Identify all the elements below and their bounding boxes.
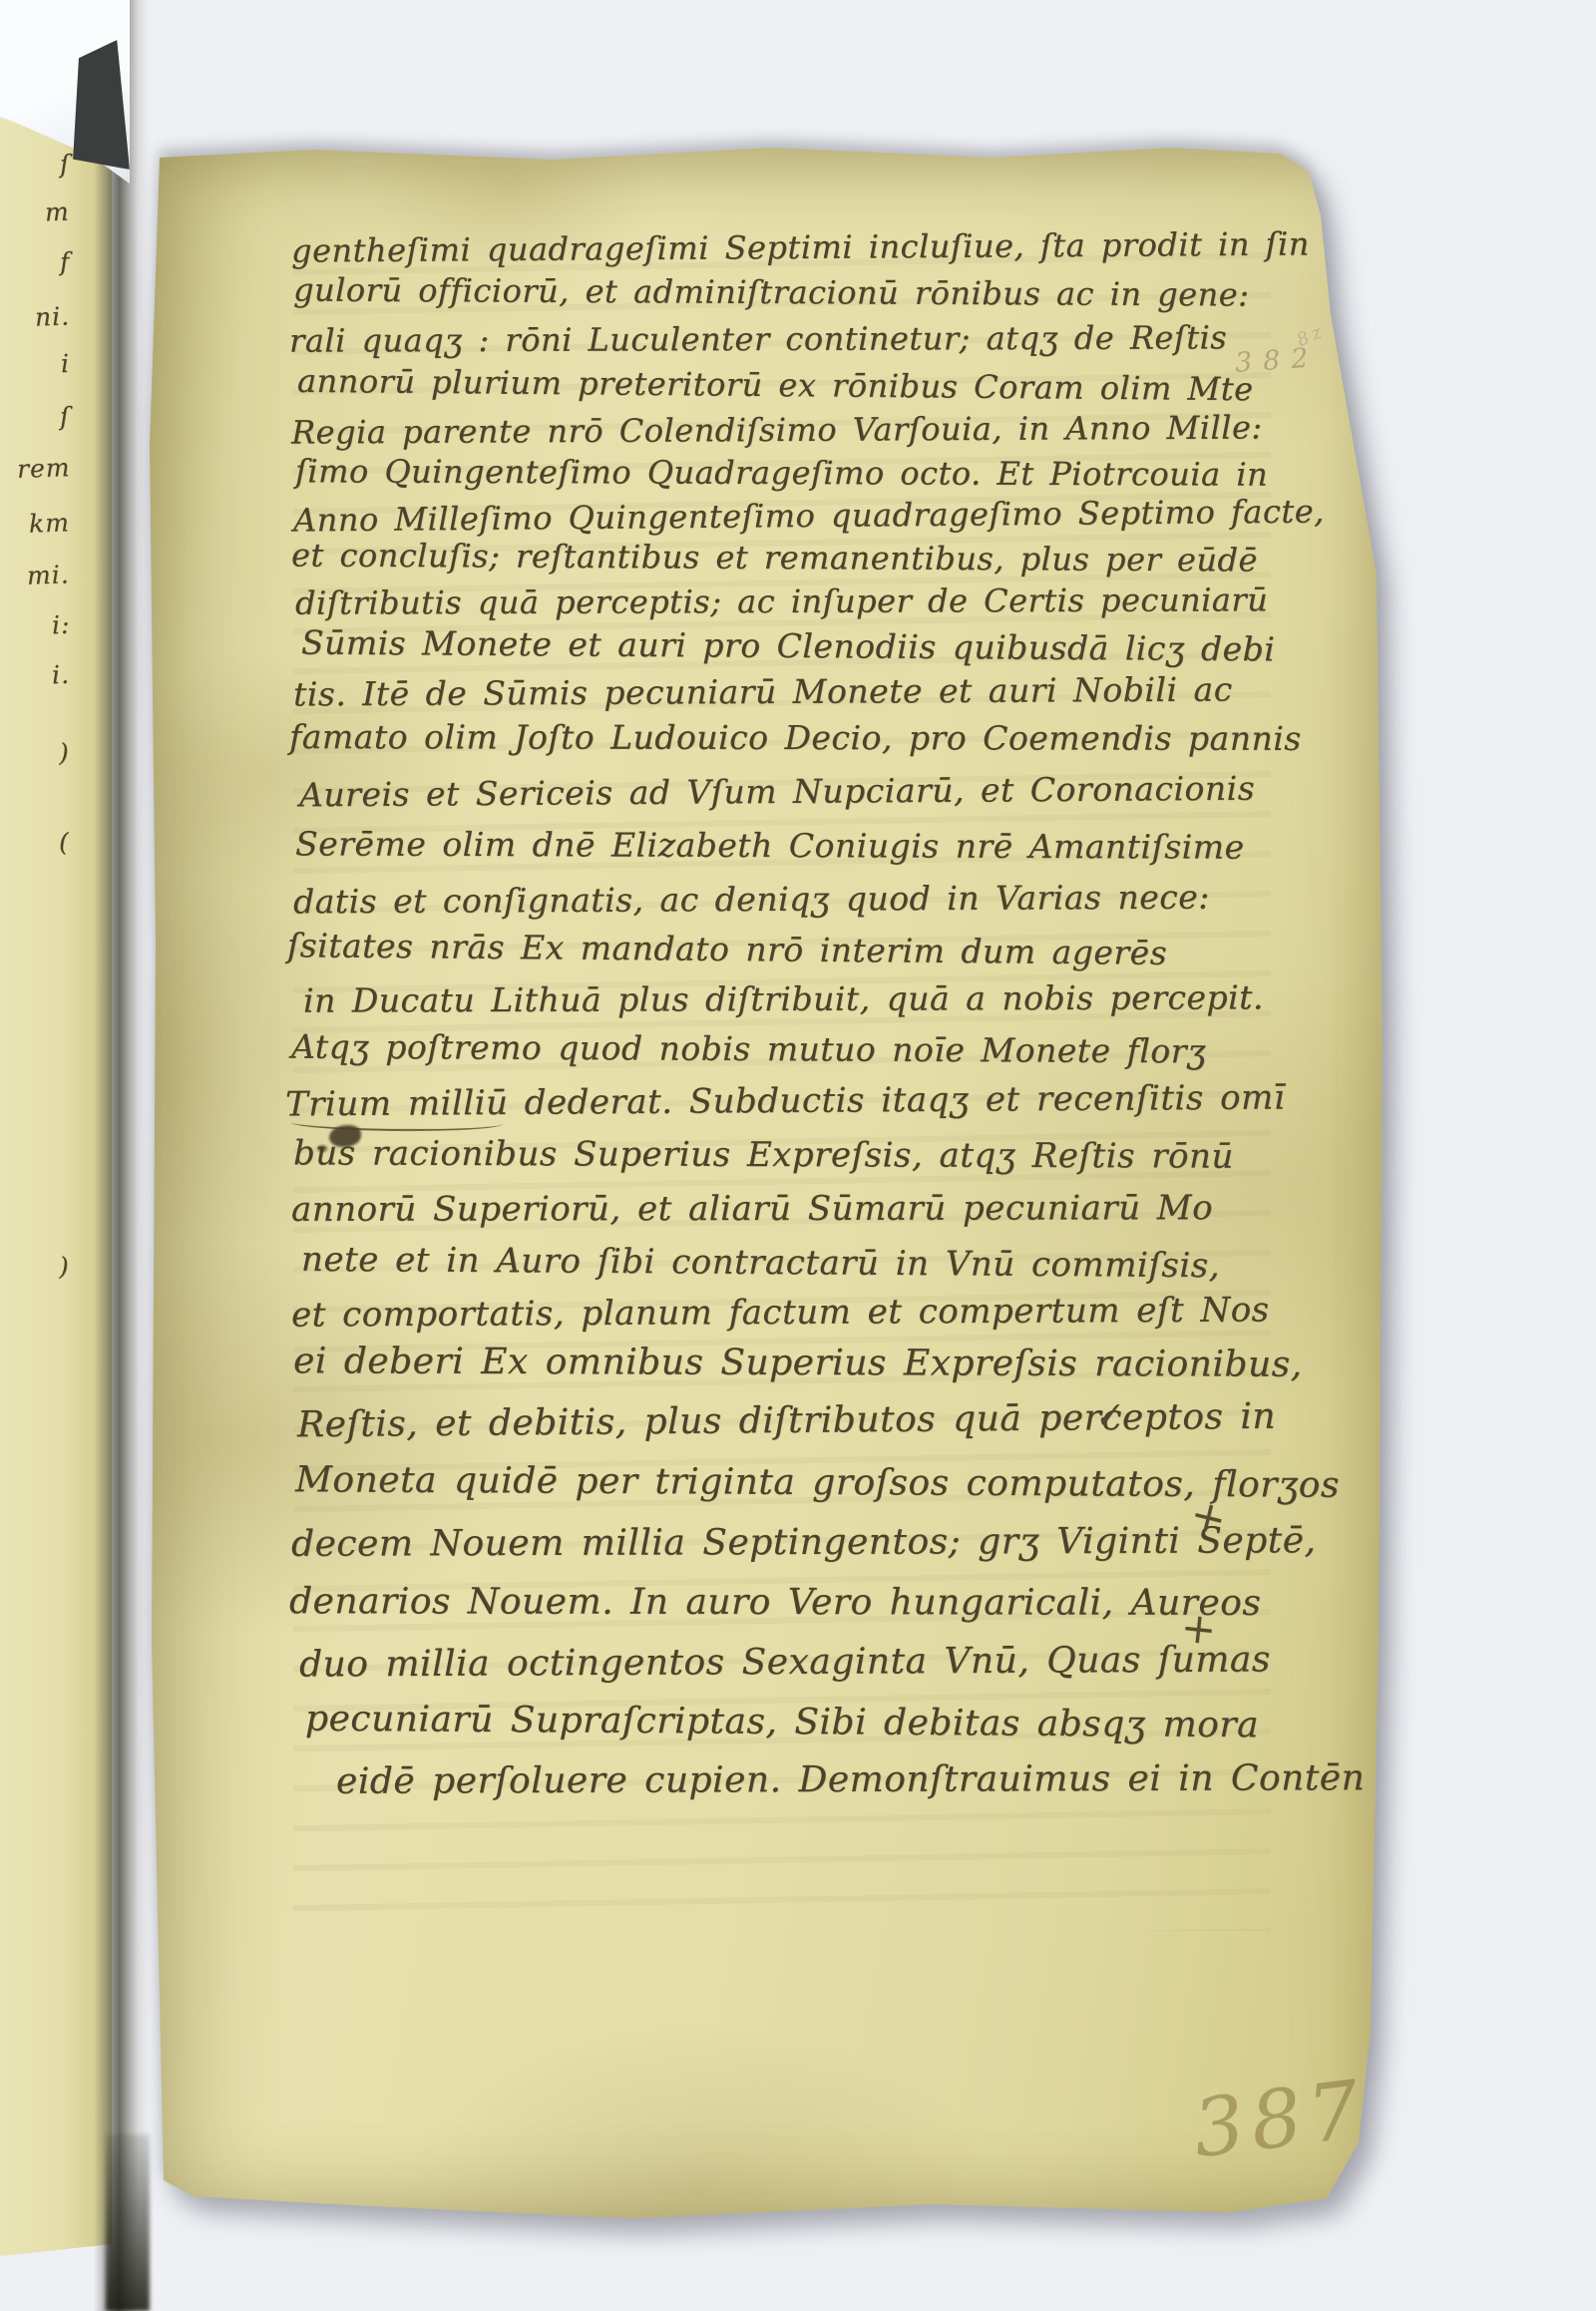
manuscript-text-line: decem Nouem millia Septingentos; grʒ Vig… [291,1520,1317,1565]
manuscript-text-line: in Ducatu Lithuā plus diſtribuit, quā a … [303,977,1264,1019]
manuscript-text-line: et comportatis, planum factum et compert… [291,1290,1270,1335]
manuscript-text-line: ſsitates nrās Ex mandato nrō interim dum… [287,926,1167,972]
manuscript-text-line: et concluſis; reſtantibus et remanentibu… [291,536,1258,578]
margin-flourish-check: ✓ [1090,1394,1124,1438]
manuscript-text-line: nete et in Auro ſibi contractarū in Vnū … [301,1240,1220,1286]
margin-cross-mark-2: + [1179,1602,1219,1654]
manuscript-text-line: bus racionibus Superius Expreſsis, atqʒ … [293,1133,1234,1176]
manuscript-text-line: tis. Itē de Sūmis pecuniarū Monete et au… [293,670,1233,714]
manuscript-text-line: gentheſimi quadrageſimi Septimi incluſiu… [291,224,1310,269]
manuscript-text-line: Regia parente nrō Colendiſsimo Varſouia,… [291,408,1263,451]
manuscript-text-line: Anno Milleſimo Quingenteſimo quadrageſim… [293,492,1325,539]
manuscript-text-line: Atqʒ poſtremo quod nobis mutuo noīe Mone… [291,1027,1206,1071]
manuscript-text-line: duo millia octingentos Sexaginta Vnū, Qu… [299,1639,1271,1685]
gutter-shadow [94,0,150,2311]
manuscript-scan: aſmfni.iſremkmmi.i:i.)() gentheſimi quad… [0,0,1596,2311]
manuscript-text-block: gentheſimi quadrageſimi Septimi incluſiu… [0,0,1596,2311]
manuscript-text-line: annorū plurium preteritorū ex rōnibus Co… [297,362,1254,408]
manuscript-text-line: datis et conſignatis, ac deniqʒ quod in … [293,878,1210,922]
manuscript-text-line: diſtributis quā perceptis; ac inſuper de… [295,580,1268,621]
manuscript-text-line: ſimo Quingenteſimo Quadrageſimo octo. Et… [295,452,1268,493]
manuscript-text-line: Reſtis, et debitis, plus diſtributos quā… [297,1396,1276,1446]
manuscript-text-line: Sūmis Monete et auri pro Clenodiis quibu… [301,623,1276,669]
manuscript-text-line: gulorū officiorū, et adminiſtracionū rōn… [293,270,1250,313]
manuscript-text-line: Aureis et Sericeis ad Vſum Nupciarū, et … [299,769,1255,815]
manuscript-text-line: pecuniarū Supraſcriptas, Sibi debitas ab… [305,1699,1259,1746]
manuscript-text-line: denarios Nouem. In auro Vero hungaricali… [289,1581,1261,1624]
gutter-shadow-bottom [106,2134,150,2311]
manuscript-text-line: Moneta quidē per triginta groſsos comput… [295,1459,1340,1505]
manuscript-text-line: rali quaqʒ : rōni Luculenter continetur;… [289,318,1227,359]
manuscript-text-line: annorū Superiorū, et aliarū Sūmarū pecun… [291,1188,1213,1230]
manuscript-text-line: Serēme olim dnē Elizabeth Coniugis nrē A… [295,824,1245,866]
manuscript-text-line: eidē perſoluere cupien. Demonſtrauimus e… [336,1757,1365,1802]
ink-blot-small [317,1145,327,1152]
manuscript-text-line: famato olim Joſto Ludouico Decio, pro Co… [289,717,1302,758]
manuscript-text-line: ei deberi Ex omnibus Superius Expreſsis … [293,1341,1303,1385]
